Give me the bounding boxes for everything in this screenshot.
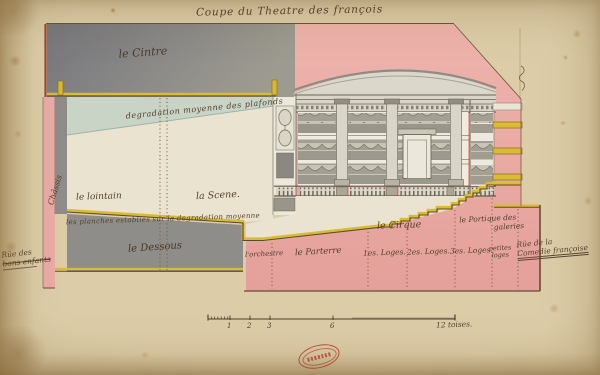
scale-end-label: 12 toises.	[436, 320, 473, 330]
label-cirque: le Cirque	[377, 220, 422, 232]
ceiling-post-right	[272, 80, 277, 95]
label-loges-3: 3es. Loges.	[450, 246, 493, 256]
corinthian-column	[449, 99, 464, 186]
aged-paper-sheet: Coupe du Theatre des françois le Cintre …	[0, 0, 600, 375]
corinthian-column	[385, 99, 400, 186]
petites-loges-line2: loges	[489, 252, 512, 261]
loge-door	[398, 129, 436, 179]
scale-tick-6: 6	[330, 322, 334, 330]
fly-tower-wash	[47, 24, 295, 97]
balustrade	[274, 186, 496, 196]
label-petites-loges: petites loges	[489, 244, 512, 260]
label-scene: la Scene.	[196, 190, 240, 203]
floor-slab-yellow	[493, 174, 522, 180]
theatre-section-drawing	[0, 0, 600, 375]
corinthian-column	[335, 99, 350, 186]
label-loges-2: 2es. Loges.	[407, 247, 450, 257]
label-loges-1: 1es. Loges.	[363, 248, 406, 258]
label-lointain: le lointain	[76, 191, 122, 203]
floor-slab-yellow	[493, 148, 522, 154]
proscenium-pilaster	[273, 93, 296, 215]
scale-bar	[208, 315, 455, 321]
floor-slab-yellow	[493, 122, 522, 128]
medallion-oval	[279, 130, 291, 146]
scale-tick-2: 2	[247, 322, 251, 330]
medallion-oval	[279, 110, 291, 126]
scale-tick-1: 1	[227, 322, 231, 330]
scale-tick-3: 3	[267, 322, 271, 330]
ceiling-post-left	[58, 81, 63, 95]
